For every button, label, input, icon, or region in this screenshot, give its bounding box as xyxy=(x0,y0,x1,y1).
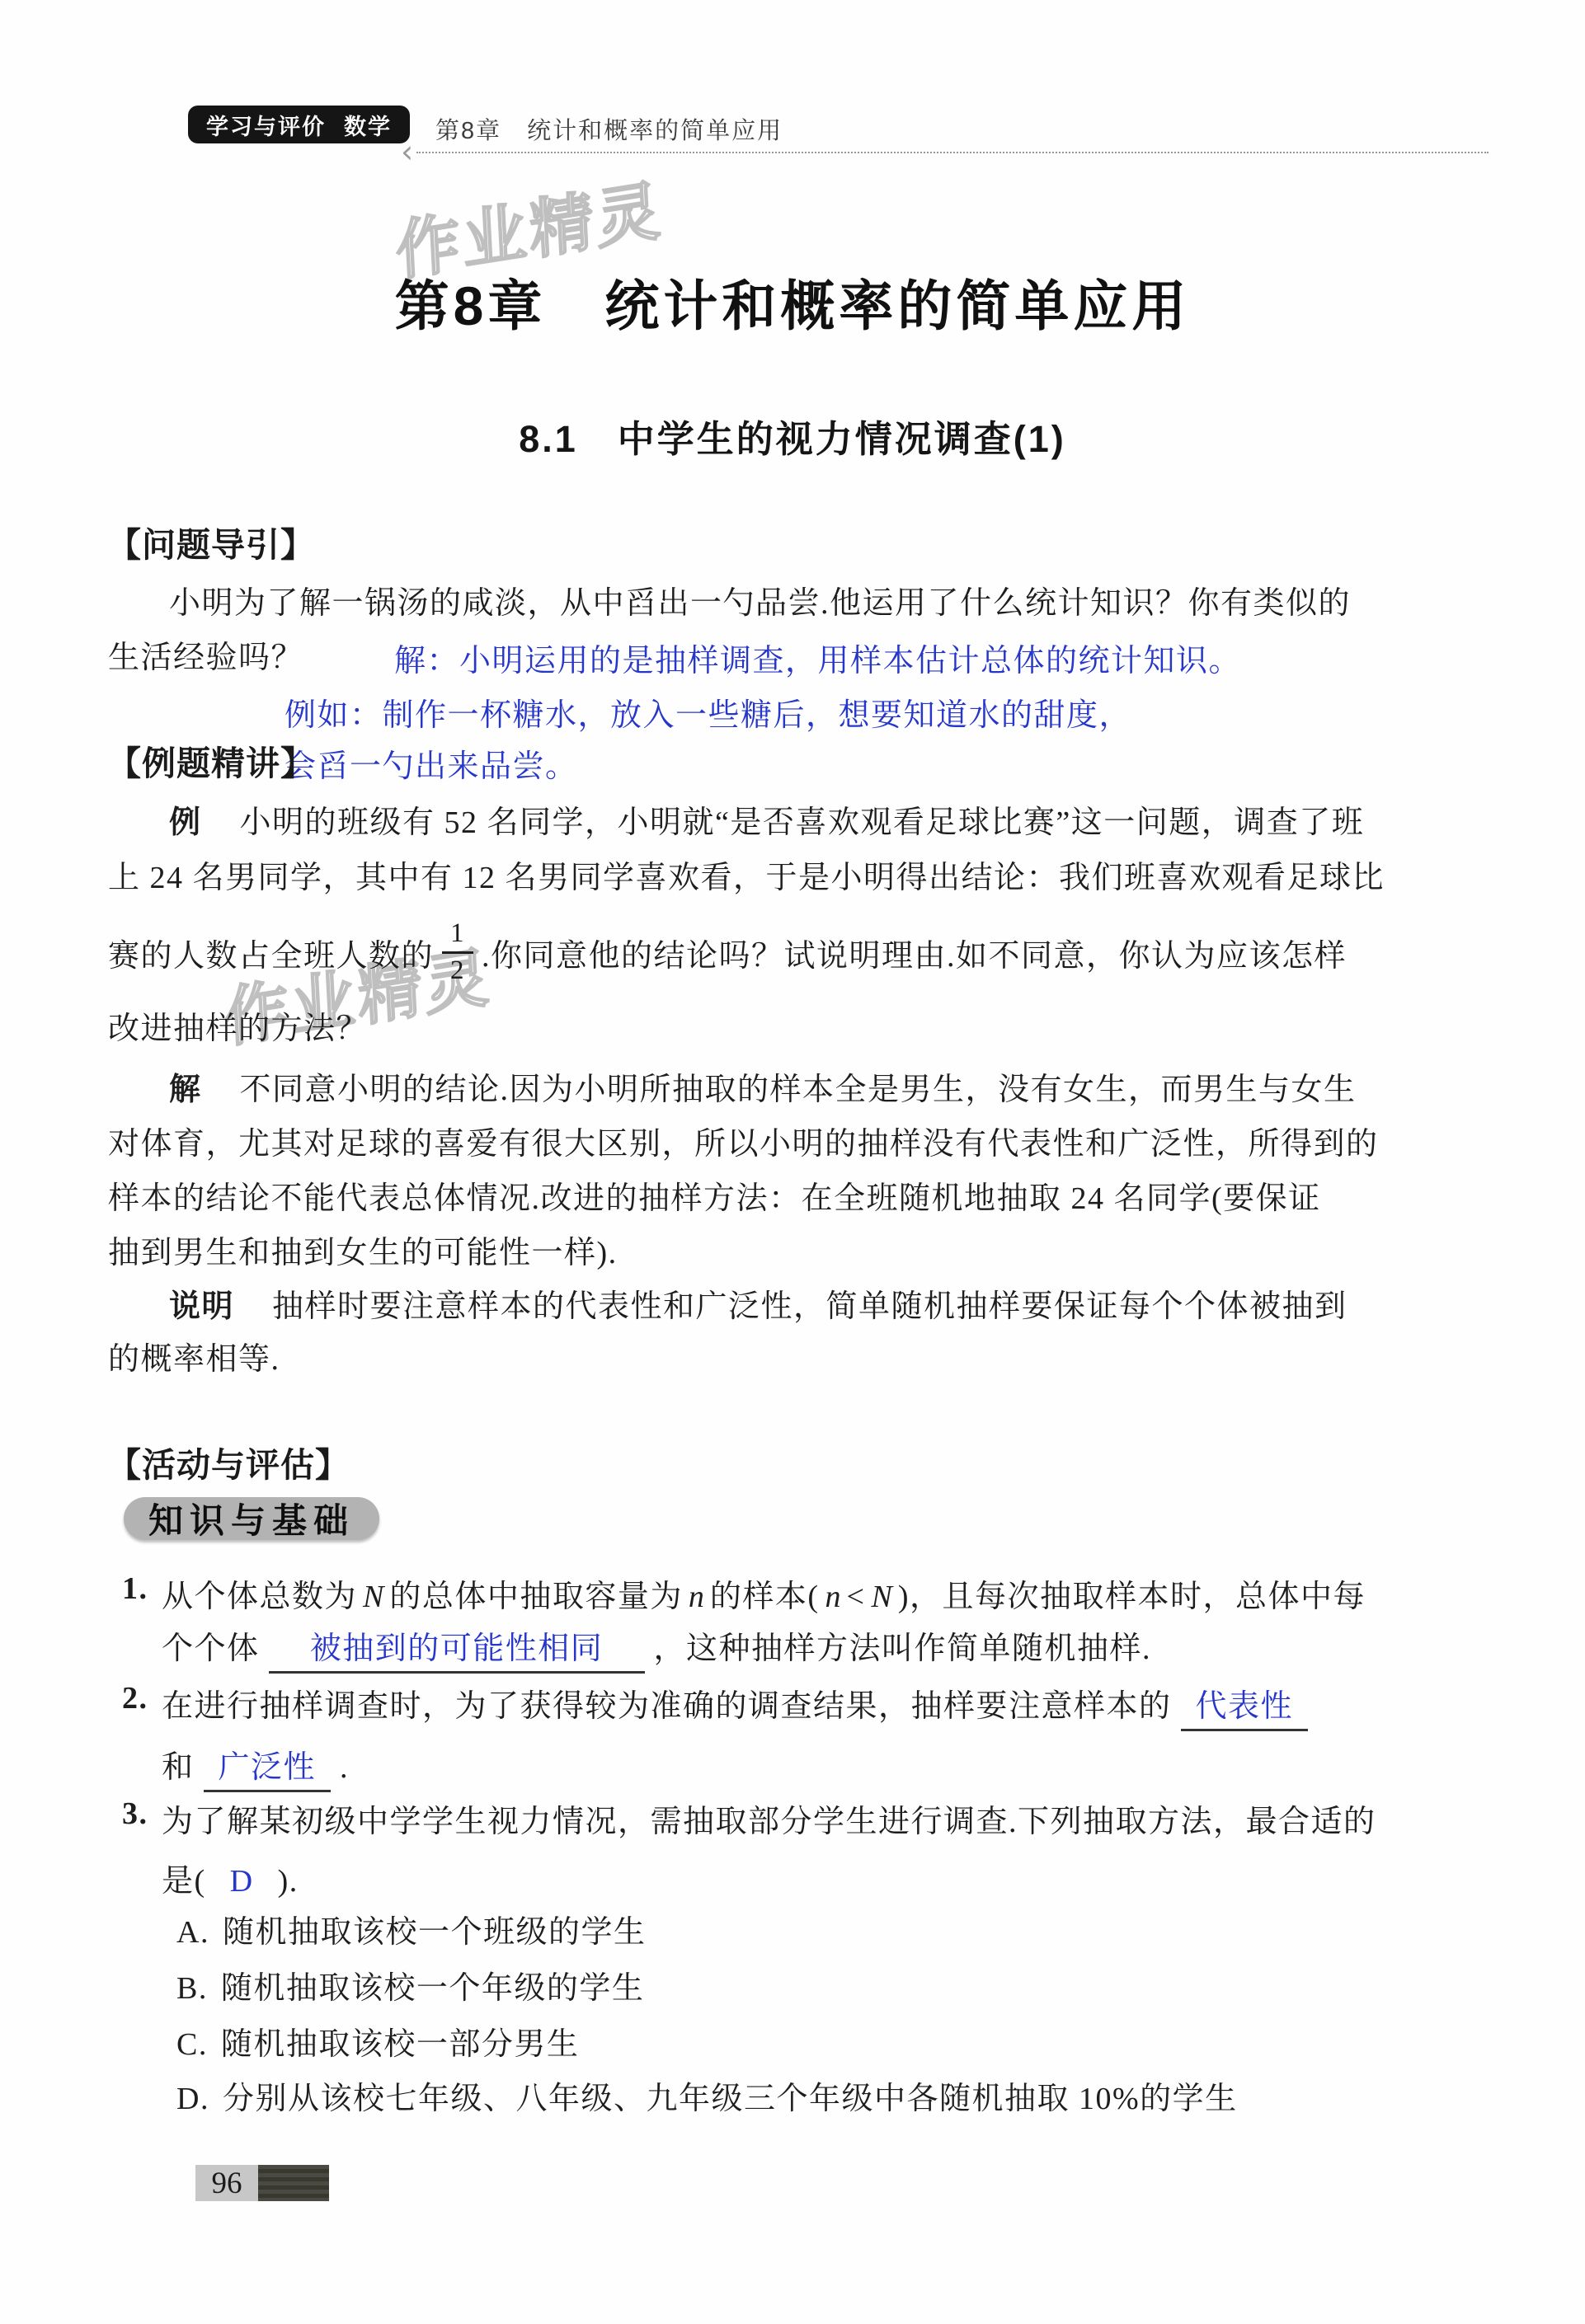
example-line4: 改进抽样的方法？ xyxy=(108,1002,369,1048)
heading-problem-guide: 【问题导引】 xyxy=(107,518,315,566)
q1-answer-blank: 被抽到的可能性相同 xyxy=(269,1632,645,1674)
q2-line2-post: . xyxy=(340,1750,349,1785)
header-dotted-rule xyxy=(416,152,1489,153)
note-line2: 的概率相等. xyxy=(108,1333,280,1378)
series-badge: 学习与评价 数学 xyxy=(188,106,410,143)
q3-choice-b: B.随机抽取该校一个年级的学生 xyxy=(176,1962,644,2007)
q1-line2: 个个体 被抽到的可能性相同 ，这种抽样方法叫作简单随机抽样. xyxy=(162,1622,1151,1674)
guide-line1: 小明为了解一锅汤的咸淡，从中舀出一勺品尝.他运用了什么统计知识？你有类似的 xyxy=(169,577,1351,622)
example-line2: 上 24 名男同学，其中有 12 名男同学喜欢看，于是小明得出结论：我们班喜欢观… xyxy=(108,852,1385,897)
note-label: 说明 xyxy=(169,1289,234,1324)
q2-line1-text: 在进行抽样调查时，为了获得较为准确的调查结果，抽样要注意样本的 xyxy=(162,1689,1172,1724)
q2-number: 2. xyxy=(122,1680,148,1716)
q1-var-n2: n xyxy=(820,1580,847,1614)
q1-line2-post: ，这种抽样方法叫作简单随机抽样. xyxy=(654,1631,1152,1666)
guide-answer-line3: 会舀一勺出来品尝。 xyxy=(285,740,578,786)
solution-line3: 样本的结论不能代表总体情况.改进的抽样方法：在全班随机地抽取 24 名同学(要保… xyxy=(108,1172,1321,1218)
chapter-title: 第8章 统计和概率的简单应用 xyxy=(0,262,1585,340)
heading-worked-example: 【例题精讲】 xyxy=(107,736,315,785)
q3-line2-post: ). xyxy=(278,1864,299,1899)
section-title: 8.1 中学生的视力情况调查(1) xyxy=(0,409,1585,462)
q2-line2-pre: 和 xyxy=(162,1750,195,1785)
q3-choice-a-text: 随机抽取该校一个班级的学生 xyxy=(223,1915,647,1950)
q3-line2: 是( D ). xyxy=(162,1855,299,1900)
q1-seg3: 的样本( xyxy=(710,1580,820,1614)
q3-choice-d-text: 分别从该校七年级、八年级、九年级三个年级中各随机抽取 10%的学生 xyxy=(223,2082,1238,2116)
note-line1-text: 抽样时要注意样本的代表性和广泛性，简单随机抽样要保证每个个体被抽到 xyxy=(272,1289,1347,1324)
q1-line2-pre: 个个体 xyxy=(162,1631,260,1666)
q1-seg2: 的总体中抽取容量为 xyxy=(389,1580,683,1614)
q3-choice-b-label: B. xyxy=(176,1970,208,2007)
q1-var-N: N xyxy=(357,1580,389,1614)
example-line3: 赛的人数占全班人数的 1 2 .你同意他的结论吗？试说明理由.如不同意，你认为应… xyxy=(108,907,1347,998)
guide-answer-line1: 解：小明运用的是抽样调查，用样本估计总体的统计知识。 xyxy=(394,635,1241,680)
solution-label: 解 xyxy=(169,1073,202,1107)
q3-choice-d: D.分别从该校七年级、八年级、九年级三个年级中各随机抽取 10%的学生 xyxy=(176,2073,1238,2118)
fraction-one-half: 1 2 xyxy=(442,918,473,987)
page-footer: 96 xyxy=(195,2165,329,2201)
q3-choice-a-label: A. xyxy=(176,1914,209,1951)
fraction-denominator: 2 xyxy=(450,954,465,987)
q3-choice-c-label: C. xyxy=(176,2026,208,2063)
example-label: 例 xyxy=(169,805,202,840)
fraction-numerator: 1 xyxy=(442,918,473,954)
solution-line1: 解 不同意小明的结论.因为小明所抽取的样本全是男生，没有女生，而男生与女生 xyxy=(169,1063,1357,1109)
page-number: 96 xyxy=(195,2165,258,2201)
q2-line1: 在进行抽样调查时，为了获得较为准确的调查结果，抽样要注意样本的 代表性 xyxy=(162,1680,1308,1731)
example-line1-text: 小明的班级有 52 名同学，小明就“是否喜欢观看足球比赛”这一问题，调查了班 xyxy=(240,805,1365,840)
note-line1: 说明 抽样时要注意样本的代表性和广泛性，简单随机抽样要保证每个个体被抽到 xyxy=(169,1280,1347,1326)
q3-choice-d-label: D. xyxy=(176,2081,209,2117)
q2-answer-blank1: 代表性 xyxy=(1181,1690,1309,1731)
q3-choice-b-text: 随机抽取该校一个年级的学生 xyxy=(221,1971,645,2006)
q1-number: 1. xyxy=(122,1570,148,1607)
q1-lt-sign: < xyxy=(847,1580,866,1614)
solution-line4: 抽到男生和抽到女生的可能性一样). xyxy=(108,1227,618,1272)
q1-var-n: n xyxy=(683,1580,710,1614)
knowledge-basics-badge: 知识与基础 xyxy=(124,1497,379,1540)
q1-var-N2: N xyxy=(865,1580,897,1614)
example-line1: 例 小明的班级有 52 名同学，小明就“是否喜欢观看足球比赛”这一问题，调查了班 xyxy=(169,796,1364,842)
q3-answer-letter: D xyxy=(215,1864,269,1899)
q1-seg5: )，且每次抽取样本时，总体中每 xyxy=(898,1580,1366,1614)
q3-number: 3. xyxy=(122,1796,148,1832)
workbook-page: 学习与评价 数学 第8章 统计和概率的简单应用 ‹ 作业精灵 作业精灵 第8章 … xyxy=(0,0,1585,2324)
q1-seg1: 从个体总数为 xyxy=(162,1580,357,1614)
q2-line2: 和 广泛性 . xyxy=(162,1741,349,1792)
heading-activity-evaluation: 【活动与评估】 xyxy=(107,1438,350,1486)
example-line3-post: .你同意他的结论吗？试说明理由.如不同意，你认为应该怎样 xyxy=(482,930,1347,975)
running-head-chapter: 第8章 统计和概率的简单应用 xyxy=(435,112,783,146)
footer-decoration-block xyxy=(258,2165,329,2201)
q3-choice-c-text: 随机抽取该校一部分男生 xyxy=(221,2027,580,2062)
q1-line1: 从个体总数为N的总体中抽取容量为n的样本(n<N)，且每次抽取样本时，总体中每 xyxy=(162,1570,1366,1616)
example-line3-pre: 赛的人数占全班人数的 xyxy=(108,930,434,975)
solution-line1-text: 不同意小明的结论.因为小明所抽取的样本全是男生，没有女生，而男生与女生 xyxy=(240,1073,1357,1107)
header-arrow-icon: ‹ xyxy=(401,134,413,170)
q2-answer-blank2: 广泛性 xyxy=(204,1751,332,1792)
guide-line2: 生活经验吗？ xyxy=(108,631,303,677)
series-badge-left: 学习与评价 xyxy=(206,109,326,141)
solution-line2: 对体育，尤其对足球的喜爱有很大区别，所以小明的抽样没有代表性和广泛性，所得到的 xyxy=(108,1118,1379,1163)
series-badge-right: 数学 xyxy=(344,109,392,141)
q3-choice-c: C.随机抽取该校一部分男生 xyxy=(176,2018,579,2063)
q3-line2-pre: 是( xyxy=(162,1864,206,1899)
q3-choice-a: A.随机抽取该校一个班级的学生 xyxy=(176,1906,646,1951)
q3-line1: 为了解某初级中学学生视力情况，需抽取部分学生进行调查.下列抽取方法，最合适的 xyxy=(162,1796,1376,1841)
guide-answer-line2: 例如：制作一杯糖水，放入一些糖后，想要知道水的甜度， xyxy=(285,689,1131,735)
